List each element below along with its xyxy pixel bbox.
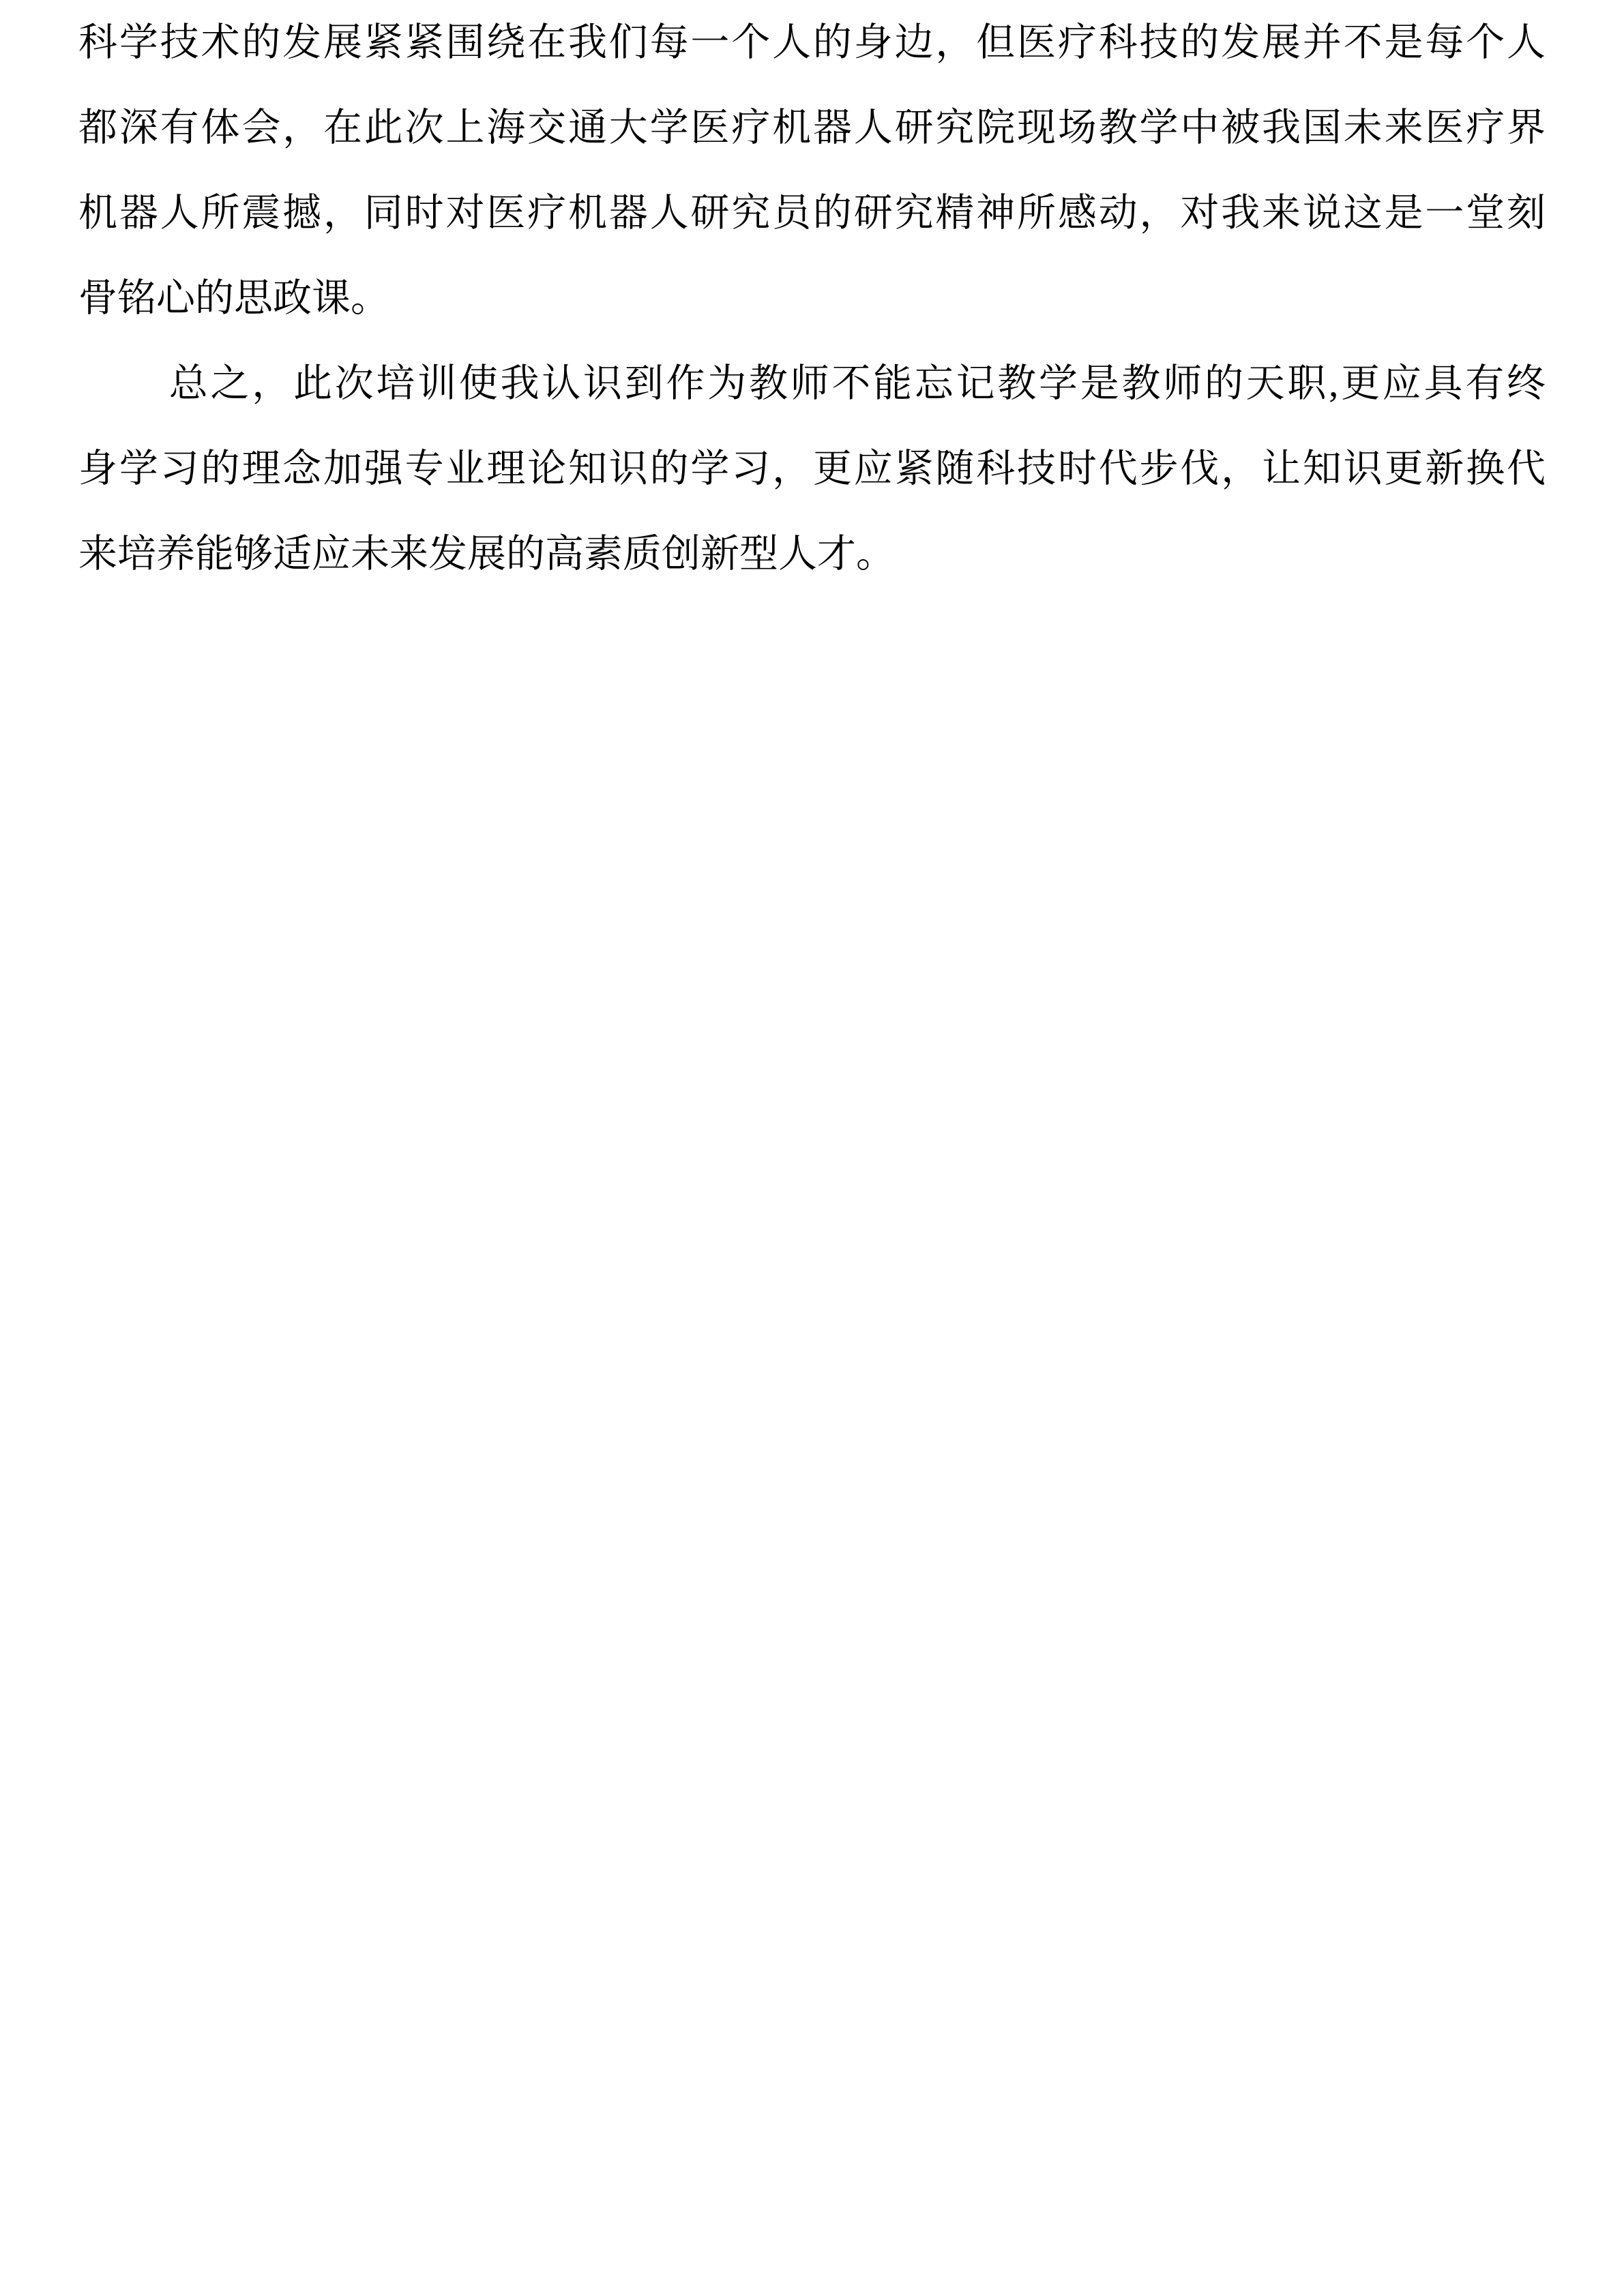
text-line: 都深有体会，在此次上海交通大学医疗机器人研究院现场教学中被我国未来医疗界 xyxy=(78,85,1546,170)
document-page: 科学技术的发展紧紧围绕在我们每一个人的身边，但医疗科技的发展并不是每个人都深有体… xyxy=(0,0,1624,2296)
text-line: 骨铭心的思政课。 xyxy=(78,256,1546,341)
text-line: 机器人所震撼，同时对医疗机器人研究员的研究精神所感动，对我来说这是一堂刻 xyxy=(78,170,1546,256)
text-line: 科学技术的发展紧紧围绕在我们每一个人的身边，但医疗科技的发展并不是每个人 xyxy=(78,0,1546,85)
paragraph: 科学技术的发展紧紧围绕在我们每一个人的身边，但医疗科技的发展并不是每个人都深有体… xyxy=(78,0,1546,341)
paragraph: 总之，此次培训使我认识到作为教师不能忘记教学是教师的天职,更应具有终身学习的理念… xyxy=(78,341,1546,597)
text-line: 总之，此次培训使我认识到作为教师不能忘记教学是教师的天职,更应具有终 xyxy=(78,341,1546,426)
text-line: 身学习的理念加强专业理论知识的学习，更应紧随科技时代步伐，让知识更新换代 xyxy=(78,426,1546,511)
document-body: 科学技术的发展紧紧围绕在我们每一个人的身边，但医疗科技的发展并不是每个人都深有体… xyxy=(78,0,1546,597)
text-line: 来培养能够适应未来发展的高素质创新型人才。 xyxy=(78,511,1546,597)
